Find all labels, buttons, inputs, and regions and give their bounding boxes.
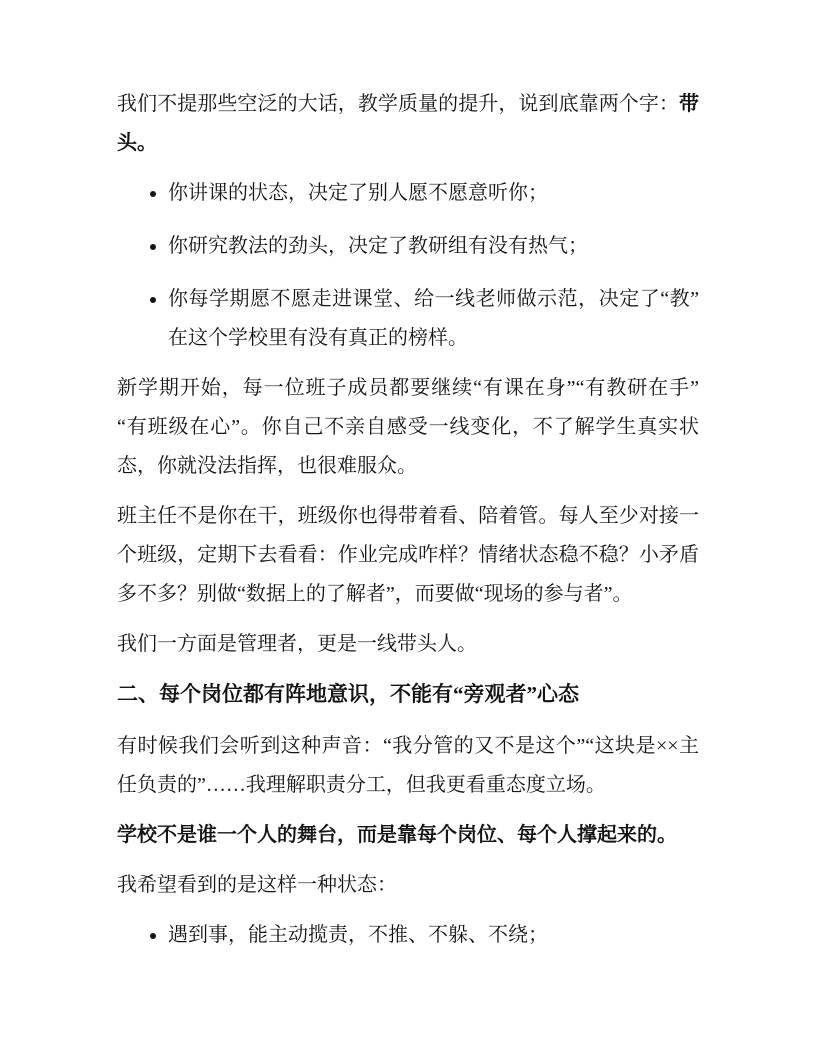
paragraph-manager: 我们一方面是管理者，更是一线带头人。 <box>117 625 699 664</box>
section-heading: 二、每个岗位都有阵地意识，不能有“旁观者”心态 <box>117 675 699 714</box>
list-item: 遇到事，能主动揽责，不推、不躲、不绕； <box>168 916 699 955</box>
paragraph-stage-bold: 学校不是谁一个人的舞台，而是靠每个岗位、每个人撑起来的。 <box>117 816 699 855</box>
intro-text: 我们不提那些空泛的大话，教学质量的提升，说到底靠两个字： <box>117 93 679 115</box>
paragraph-class-duty: 班主任不是你在干，班级你也得带着看、陪着管。每人至少对接一个班级，定期下去看看：… <box>117 497 699 614</box>
list-item: 你每学期愿不愿走进课堂、给一线老师做示范，决定了“教”在这个学校里有没有真正的榜… <box>168 280 699 358</box>
document-content: 我们不提那些空泛的大话，教学质量的提升，说到底靠两个字：带头。 你讲课的状态，决… <box>117 85 699 966</box>
attitude-bullet-list: 遇到事，能主动揽责，不推、不躲、不绕； <box>117 916 699 955</box>
paragraph-hope: 我希望看到的是这样一种状态： <box>117 866 699 905</box>
intro-paragraph: 我们不提那些空泛的大话，教学质量的提升，说到底靠两个字：带头。 <box>117 85 699 163</box>
paragraph-voices: 有时候我们会听到这种声音：“我分管的又不是这个”“这块是××主任负责的”……我理… <box>117 727 699 805</box>
list-item: 你研究教法的劲头，决定了教研组有没有热气； <box>168 227 699 266</box>
list-item: 你讲课的状态，决定了别人愿不愿意听你； <box>168 174 699 213</box>
document-page: 我们不提那些空泛的大话，教学质量的提升，说到底靠两个字：带头。 你讲课的状态，决… <box>0 0 816 1056</box>
paragraph-new-term: 新学期开始，每一位班子成员都要继续“有课在身”“有教研在手”“有班级在心”。你自… <box>117 369 699 486</box>
teaching-bullet-list: 你讲课的状态，决定了别人愿不愿意听你； 你研究教法的劲头，决定了教研组有没有热气… <box>117 174 699 358</box>
